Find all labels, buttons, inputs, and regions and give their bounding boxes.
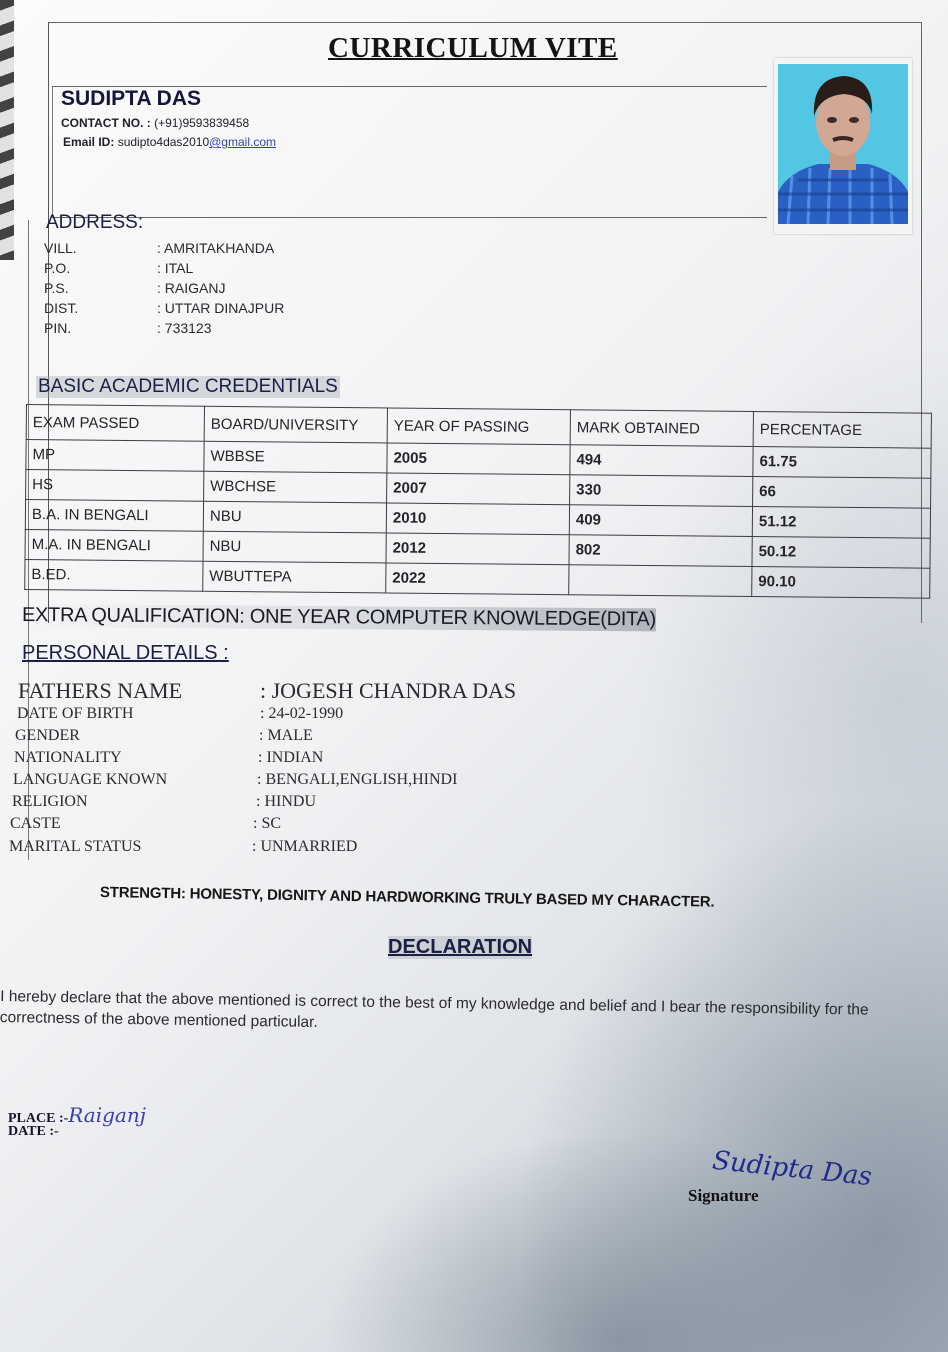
header-box: SUDIPTA DAS CONTACT NO. : (+91)959383945…: [52, 86, 767, 218]
percentage-cell: 66: [753, 476, 931, 508]
person-photo-icon: [778, 64, 908, 224]
board-cell: WBBSE: [204, 441, 387, 473]
marks-cell: 494: [570, 445, 753, 477]
column-header: BOARD/UNIVERSITY: [204, 406, 387, 443]
date-label: DATE :-: [8, 1124, 59, 1139]
personal-details-heading: PERSONAL DETAILS :: [22, 642, 229, 665]
personal-label: DATE OF BIRTH: [17, 705, 133, 723]
board-cell: WBUTTEPA: [203, 561, 386, 593]
year-cell: 2007: [387, 473, 570, 505]
marks-cell: 802: [569, 535, 752, 567]
contact-line: CONTACT NO. : (+91)9593839458: [61, 116, 249, 130]
personal-value: : INDIAN: [258, 749, 323, 767]
document-title: CURRICULUM VITE: [328, 32, 618, 65]
date-line: DATE :-: [8, 1124, 59, 1140]
exam-cell: HS: [26, 470, 204, 502]
column-header: PERCENTAGE: [753, 411, 931, 448]
contact-number: (+91)9593839458: [154, 116, 249, 130]
marks-cell: 330: [570, 475, 753, 507]
binding-edge: [0, 0, 14, 260]
personal-value: : UNMARRIED: [252, 838, 357, 856]
percentage-cell: 90.10: [752, 566, 930, 598]
address-label: P.O.: [44, 260, 157, 276]
address-row: VILL.: AMRITAKHANDA: [44, 240, 274, 256]
address-label: PIN.: [44, 320, 157, 336]
place-value: Raiganj: [68, 1103, 146, 1127]
personal-label: NATIONALITY: [14, 749, 122, 767]
year-cell: 2010: [386, 503, 569, 535]
email-line: Email ID: sudipto4das2010@gmail.com: [63, 135, 276, 149]
candidate-name: SUDIPTA DAS: [61, 87, 201, 111]
board-cell: NBU: [203, 501, 386, 533]
board-cell: NBU: [203, 531, 386, 563]
year-cell: 2012: [386, 533, 569, 565]
marks-cell: 409: [569, 505, 752, 537]
address-row: PIN.: 733123: [44, 320, 212, 336]
percentage-cell: 50.12: [752, 536, 930, 568]
address-row: DIST.: UTTAR DINAJPUR: [44, 300, 284, 316]
personal-label: RELIGION: [12, 793, 88, 811]
exam-cell: B.ED.: [25, 559, 203, 591]
academic-heading: BASIC ACADEMIC CREDENTIALS: [36, 376, 340, 398]
exam-cell: MP: [26, 440, 204, 472]
percentage-cell: 51.12: [752, 506, 930, 538]
address-label: VILL.: [44, 240, 157, 256]
academic-table: EXAM PASSED BOARD/UNIVERSITY YEAR OF PAS…: [24, 404, 932, 599]
year-cell: 2005: [387, 443, 570, 475]
personal-value: : SC: [253, 815, 281, 833]
address-value: : AMRITAKHANDA: [157, 240, 274, 256]
personal-value: : HINDU: [256, 793, 316, 811]
personal-label: MARITAL STATUS: [9, 838, 141, 856]
passport-photo: [774, 58, 912, 234]
personal-value: : JOGESH CHANDRA DAS: [260, 678, 516, 704]
column-header: YEAR OF PASSING: [387, 408, 570, 445]
address-value: : 733123: [157, 320, 212, 336]
column-header: EXAM PASSED: [26, 405, 204, 442]
address-label: DIST.: [44, 300, 157, 316]
personal-value: : MALE: [259, 727, 313, 745]
email-domain-link[interactable]: @gmail.com: [209, 135, 276, 149]
percentage-cell: 61.75: [753, 446, 931, 478]
board-cell: WBCHSE: [204, 471, 387, 503]
personal-label: CASTE: [10, 815, 61, 833]
declaration-heading: DECLARATION: [388, 936, 532, 959]
address-row: P.S.: RAIGANJ: [44, 280, 225, 296]
address-value: : ITAL: [157, 260, 193, 276]
personal-label: GENDER: [15, 727, 80, 745]
address-value: : RAIGANJ: [157, 280, 225, 296]
contact-label: CONTACT NO. :: [61, 116, 151, 130]
email-user: sudipto4das2010: [118, 135, 209, 149]
year-cell: 2022: [386, 563, 569, 595]
address-label: P.S.: [44, 280, 157, 296]
column-header: MARK OBTAINED: [570, 410, 753, 447]
address-row: P.O.: ITAL: [44, 260, 193, 276]
personal-value: : 24-02-1990: [260, 705, 343, 723]
email-label: Email ID:: [63, 135, 114, 149]
signature-label: Signature: [688, 1186, 759, 1206]
exam-cell: M.A. IN BENGALI: [25, 529, 203, 561]
personal-label: LANGUAGE KNOWN: [13, 771, 167, 789]
extra-qualification: EXTRA QUALIFICATION: ONE YEAR COMPUTER K…: [22, 604, 656, 631]
marks-cell: [569, 565, 752, 597]
exam-cell: B.A. IN BENGALI: [25, 500, 203, 532]
personal-value: : BENGALI,ENGLISH,HINDI: [257, 771, 457, 789]
address-value: : UTTAR DINAJPUR: [157, 300, 284, 316]
personal-label: FATHERS NAME: [18, 678, 182, 704]
address-heading: ADDRESS:: [46, 212, 143, 234]
